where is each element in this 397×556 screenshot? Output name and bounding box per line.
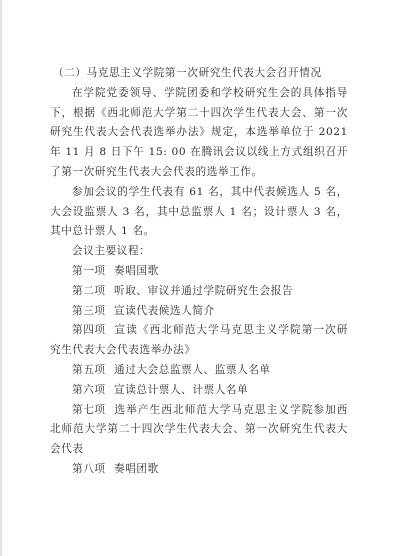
agenda-item-text: 通过大会总监票人、监票人名单 <box>114 364 271 376</box>
page-left-edge <box>0 0 2 556</box>
agenda-item-text: 听取、审议并通过学院研究生会报告 <box>114 285 293 297</box>
agenda-item: 第七项选举产生西北师范大学马克思主义学院参加西北师范大学第二十四次学生代表大会、… <box>50 401 348 460</box>
agenda-item: 第八项奏唱团歌 <box>50 460 348 480</box>
agenda-item-number: 第二项 <box>72 282 114 302</box>
paragraph-intro: 在学院党委领导、学院团委和学校研究生会的具体指导下，根据《西北师范大学第二十四次… <box>50 84 348 183</box>
agenda-item: 第四项宣读《西北师范大学马克思主义学院第一次研究生代表大会代表选举办法》 <box>50 321 348 361</box>
agenda-item: 第三项宣读代表候选人简介 <box>50 302 348 322</box>
agenda-item: 第二项听取、审议并通过学院研究生会报告 <box>50 282 348 302</box>
document-page: （二）马克思主义学院第一次研究生代表大会召开情况 在学院党委领导、学院团委和学校… <box>50 64 348 480</box>
agenda-item-number: 第八项 <box>72 460 114 480</box>
agenda-title: 会议主要议程： <box>50 242 348 262</box>
agenda-item-number: 第三项 <box>72 302 114 322</box>
agenda-item-text: 奏唱团歌 <box>114 463 159 475</box>
section-heading: （二）马克思主义学院第一次研究生代表大会召开情况 <box>50 64 348 84</box>
agenda-item-number: 第一项 <box>72 262 114 282</box>
agenda-item-text: 宣读总计票人、计票人名单 <box>114 384 248 396</box>
agenda-item-number: 第六项 <box>72 381 114 401</box>
agenda-item: 第一项奏唱国歌 <box>50 262 348 282</box>
agenda-item-text: 奏唱国歌 <box>114 265 159 277</box>
agenda-item-number: 第四项 <box>72 321 114 341</box>
agenda-item-text: 宣读代表候选人简介 <box>114 305 215 317</box>
agenda-item: 第六项宣读总计票人、计票人名单 <box>50 381 348 401</box>
agenda-item: 第五项通过大会总监票人、监票人名单 <box>50 361 348 381</box>
paragraph-attendance: 参加会议的学生代表有 61 名，其中代表候选人 5 名，大会设监票人 3 名，其… <box>50 183 348 242</box>
agenda-item-number: 第七项 <box>72 401 114 421</box>
agenda-item-number: 第五项 <box>72 361 114 381</box>
